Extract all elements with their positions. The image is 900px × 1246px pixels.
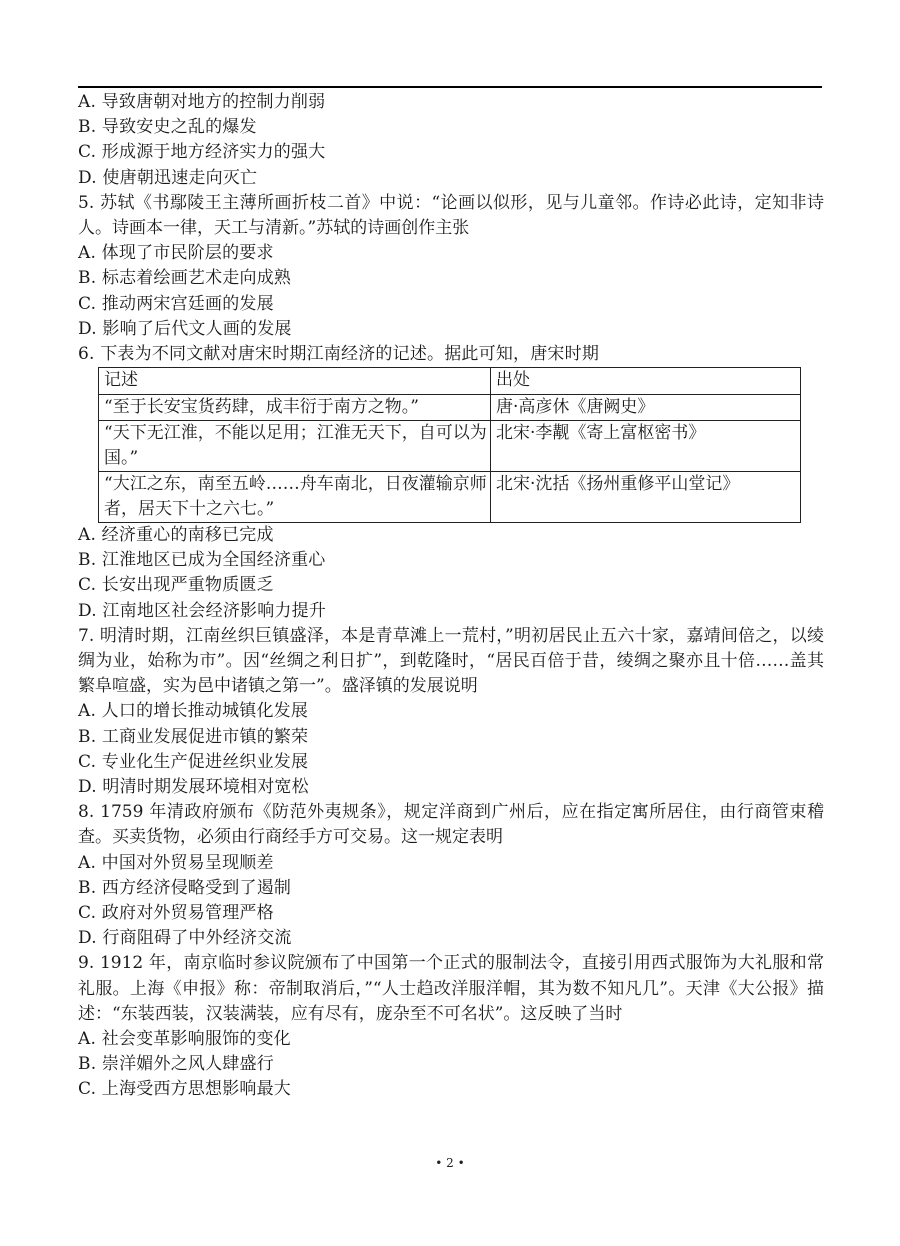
q9-option-c: C. 上海受西方思想影响最大 <box>78 1077 824 1102</box>
q8-option-a: A. 中国对外贸易呈现顺差 <box>78 851 824 876</box>
question-8: 8. 1759 年清政府颁布《防范外夷规条》，规定洋商到广州后，应在指定寓所居住… <box>78 800 824 951</box>
q9-stem: 9. 1912 年，南京临时参议院颁布了中国第一个正式的服制法令，直接引用西式服… <box>78 951 824 1027</box>
q7-stem: 7. 明清时期，江南丝织巨镇盛泽，本是青草滩上一荒村，”明初居民止五六十家，嘉靖… <box>78 624 824 700</box>
question-6: 6. 下表为不同文献对唐宋时期江南经济的记述。据此可知，唐宋时期 记述 出处 “… <box>78 342 824 624</box>
q9-option-b: B. 崇洋媚外之风人肆盛行 <box>78 1052 824 1077</box>
table-row: “大江之东，南至五岭……舟车南北，日夜灌输京师者，居天下十之六七。” 北宋·沈括… <box>99 472 801 523</box>
q5-option-d: D. 影响了后代文人画的发展 <box>78 317 824 342</box>
q8-option-c: C. 政府对外贸易管理严格 <box>78 901 824 926</box>
table-cell-record: “天下无江淮，不能以足用；江淮无天下，自可以为国。” <box>99 421 491 472</box>
table-header-row: 记述 出处 <box>99 368 801 395</box>
page-number: • 2 • <box>0 1156 900 1170</box>
table-row: “天下无江淮，不能以足用；江淮无天下，自可以为国。” 北宋·李觏《寄上富枢密书》 <box>99 421 801 472</box>
table-cell-record: “至于长安宝货药肆，成丰衍于南方之物。” <box>99 395 491 421</box>
table-cell-source: 北宋·李觏《寄上富枢密书》 <box>491 421 801 472</box>
q6-option-b: B. 江淮地区已成为全国经济重心 <box>78 548 824 573</box>
q9-option-a: A. 社会变革影响服饰的变化 <box>78 1027 824 1052</box>
q5-stem: 5. 苏轼《书鄢陵王主薄所画折枝二首》中说：“论画以似形，见与儿童邻。作诗必此诗… <box>78 191 824 241</box>
table-row: “至于长安宝货药肆，成丰衍于南方之物。” 唐·高彦休《唐阙史》 <box>99 395 801 421</box>
q6-source-table: 记述 出处 “至于长安宝货药肆，成丰衍于南方之物。” 唐·高彦休《唐阙史》 “天… <box>98 367 801 523</box>
table-cell-source: 唐·高彦休《唐阙史》 <box>491 395 801 421</box>
q8-option-b: B. 西方经济侵略受到了遏制 <box>78 876 824 901</box>
exam-page-content: A. 导致唐朝对地方的控制力削弱 B. 导致安史之乱的爆发 C. 形成源于地方经… <box>78 90 824 1103</box>
q5-option-b: B. 标志着绘画艺术走向成熟 <box>78 266 824 291</box>
question-7: 7. 明清时期，江南丝织巨镇盛泽，本是青草滩上一荒村，”明初居民止五六十家，嘉靖… <box>78 624 824 800</box>
q6-option-c: C. 长安出现严重物质匮乏 <box>78 573 824 598</box>
table-header-record: 记述 <box>99 368 491 395</box>
q7-option-b: B. 工商业发展促进市镇的繁荣 <box>78 725 824 750</box>
q6-option-a: A. 经济重心的南移已完成 <box>78 523 824 548</box>
table-header-source: 出处 <box>491 368 801 395</box>
q5-option-a: A. 体现了市民阶层的要求 <box>78 241 824 266</box>
q5-option-c: C. 推动两宋宫廷画的发展 <box>78 292 824 317</box>
q6-stem: 6. 下表为不同文献对唐宋时期江南经济的记述。据此可知，唐宋时期 <box>78 342 824 367</box>
question-9: 9. 1912 年，南京临时参议院颁布了中国第一个正式的服制法令，直接引用西式服… <box>78 951 824 1102</box>
header-rule <box>78 86 822 88</box>
q8-option-d: D. 行商阻碍了中外经济交流 <box>78 926 824 951</box>
q7-option-a: A. 人口的增长推动城镇化发展 <box>78 699 824 724</box>
q4-option-c: C. 形成源于地方经济实力的强大 <box>78 140 824 165</box>
q7-option-d: D. 明清时期发展环境相对宽松 <box>78 775 824 800</box>
q4-option-a: A. 导致唐朝对地方的控制力削弱 <box>78 90 824 115</box>
question-5: 5. 苏轼《书鄢陵王主薄所画折枝二首》中说：“论画以似形，见与儿童邻。作诗必此诗… <box>78 191 824 342</box>
q6-option-d: D. 江南地区社会经济影响力提升 <box>78 599 824 624</box>
question-4-options: A. 导致唐朝对地方的控制力削弱 B. 导致安史之乱的爆发 C. 形成源于地方经… <box>78 90 824 191</box>
q7-option-c: C. 专业化生产促进丝织业发展 <box>78 750 824 775</box>
table-cell-record: “大江之东，南至五岭……舟车南北，日夜灌输京师者，居天下十之六七。” <box>99 472 491 523</box>
table-cell-source: 北宋·沈括《扬州重修平山堂记》 <box>491 472 801 523</box>
q4-option-d: D. 使唐朝迅速走向灭亡 <box>78 166 824 191</box>
q8-stem: 8. 1759 年清政府颁布《防范外夷规条》，规定洋商到广州后，应在指定寓所居住… <box>78 800 824 850</box>
q4-option-b: B. 导致安史之乱的爆发 <box>78 115 824 140</box>
